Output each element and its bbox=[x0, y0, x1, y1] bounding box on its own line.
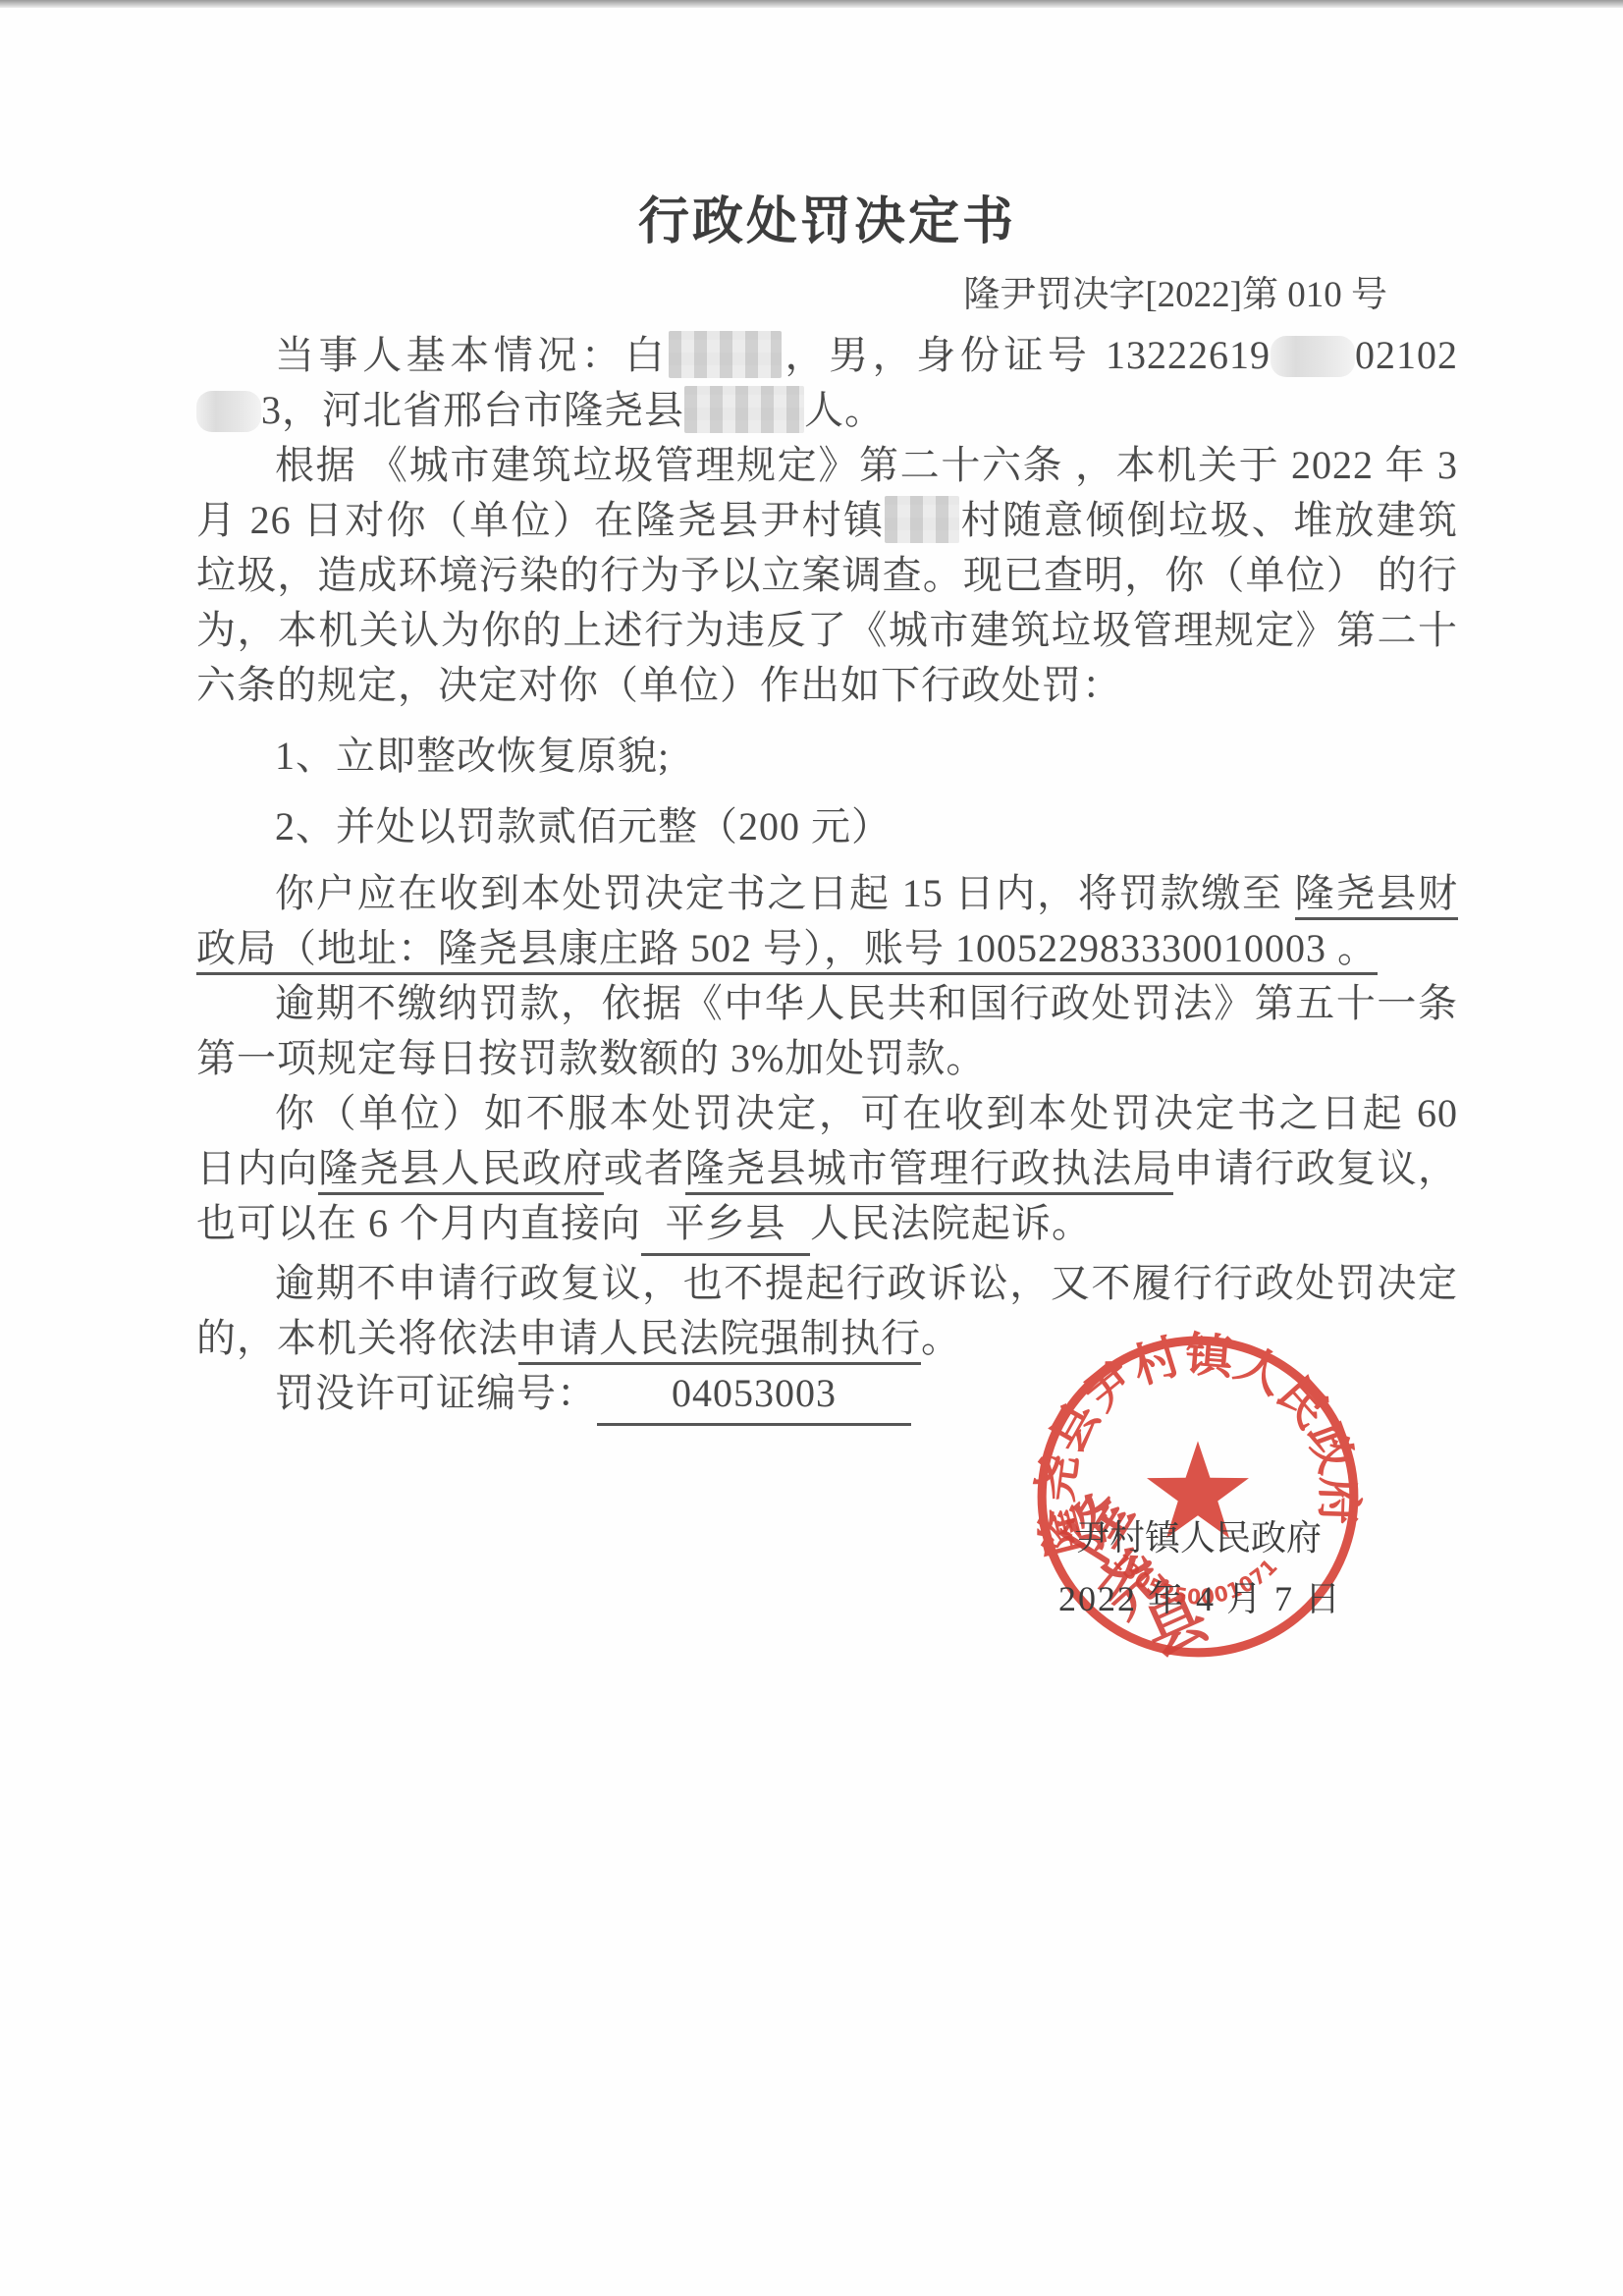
court-name-blank: 平乡县 bbox=[641, 1196, 810, 1256]
payment-text: 你户应在收到本处罚决定书之日起 15 日内，将罚款缴至 bbox=[275, 871, 1295, 915]
penalty-item-2: 2、并处以罚款贰佰元整（200 元） bbox=[196, 799, 1458, 854]
paragraph-payment: 你户应在收到本处罚决定书之日起 15 日内，将罚款缴至 隆尧县财政局（地址：隆尧… bbox=[196, 866, 1458, 976]
issuing-authority: 尹村镇人民政府 bbox=[1074, 1510, 1322, 1560]
enforcement-text-2: 。 bbox=[921, 1316, 961, 1360]
document-title: 行政处罚决定书 bbox=[196, 192, 1458, 253]
paragraph-party-info: 当事人基本情况：白，男，身份证号 13222619021023，河北省邢台市隆尧… bbox=[196, 328, 1458, 438]
party-info-text-2: ，男，身份证号 13222619 bbox=[782, 333, 1271, 377]
issue-date: 2022 年 4 月 7 日 bbox=[1058, 1571, 1342, 1621]
redacted-address bbox=[684, 386, 804, 433]
appeal-text-4: 人民法院起诉。 bbox=[810, 1201, 1092, 1245]
appeal-authority-2: 隆尧县城市管理行政执法局 bbox=[685, 1146, 1174, 1195]
scan-edge-artifact bbox=[0, 0, 1623, 8]
document-number: 隆尹罚决字[2022]第 010 号 bbox=[196, 271, 1458, 320]
redacted-name bbox=[669, 331, 782, 378]
permit-number-value: 04053003 bbox=[597, 1366, 911, 1426]
redacted-id-part-1 bbox=[1271, 336, 1355, 377]
penalty-item-1: 1、立即整改恢复原貌; bbox=[196, 729, 1458, 784]
scanned-document-page: 行政处罚决定书 隆尹罚决字[2022]第 010 号 当事人基本情况：白，男，身… bbox=[0, 0, 1623, 2296]
appeal-text-2: 或者 bbox=[604, 1146, 685, 1190]
redacted-id-part-2 bbox=[196, 391, 261, 432]
party-info-text-4: 3，河北省邢台市隆尧县 bbox=[261, 388, 684, 432]
party-info-text-1: 当事人基本情况：白 bbox=[275, 333, 669, 377]
party-info-text-3: 02102 bbox=[1355, 333, 1458, 377]
redacted-village bbox=[885, 496, 959, 543]
paragraph-facts: 根据 《城市建筑垃圾管理规定》第二十六条 ，本机关于 2022 年 3 月 26… bbox=[196, 438, 1458, 713]
appeal-authority-1: 隆尧县人民政府 bbox=[318, 1146, 603, 1195]
paragraph-appeal: 你（单位）如不服本处罚决定，可在收到本处罚决定书之日起 60 日内向隆尧县人民政… bbox=[196, 1086, 1458, 1256]
enforcement-underlined: 申请人民法院强制执行 bbox=[518, 1316, 921, 1365]
document-content: 行政处罚决定书 隆尹罚决字[2022]第 010 号 当事人基本情况：白，男，身… bbox=[196, 192, 1458, 1426]
permit-label: 罚没许可证编号： bbox=[275, 1371, 597, 1415]
party-info-text-5: 人。 bbox=[804, 388, 885, 432]
paragraph-late-fee: 逾期不缴纳罚款，依据《中华人民共和国行政处罚法》第五十一条第一项规定每日按罚款数… bbox=[196, 976, 1458, 1086]
